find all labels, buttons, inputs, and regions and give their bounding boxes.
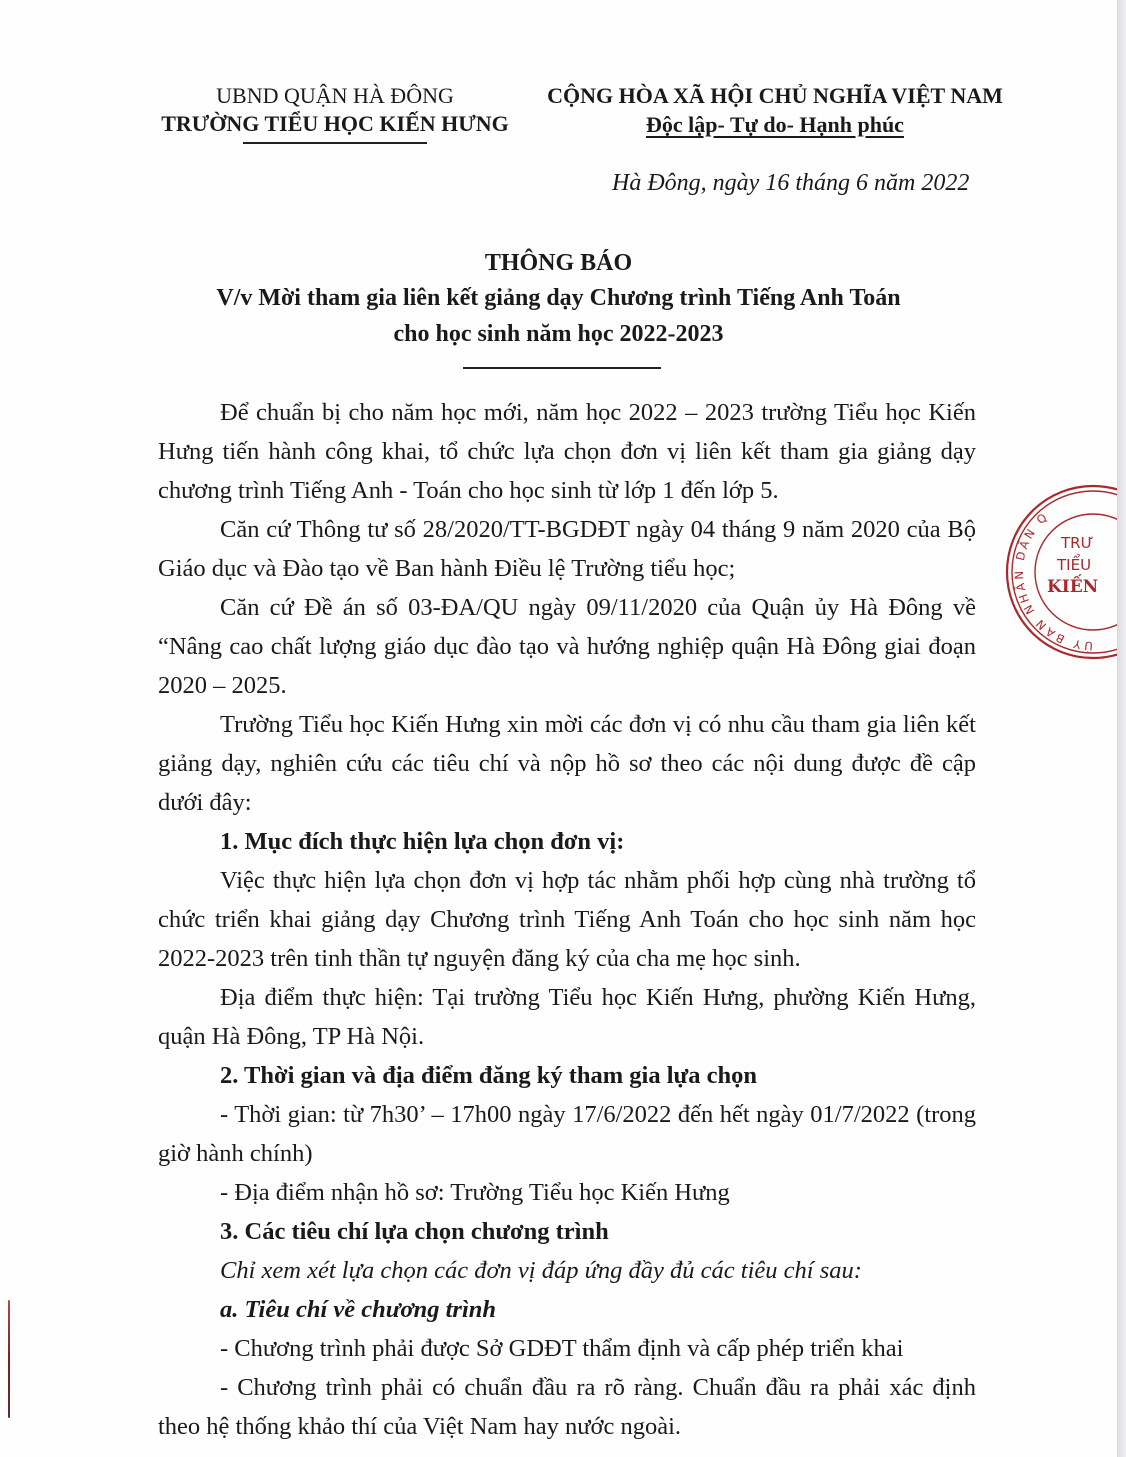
section-3a-heading: a. Tiêu chí về chương trình [158,1290,976,1329]
section-1-location: Địa điểm thực hiện: Tại trường Tiểu học … [158,978,976,1056]
school-name-underline [243,142,427,144]
section-2-place: - Địa điểm nhận hồ sơ: Trường Tiểu học K… [158,1173,976,1212]
document-body: Để chuẩn bị cho năm học mới, năm học 202… [158,393,976,1446]
school-name: TRƯỜNG TIỂU HỌC KIẾN HƯNG [160,110,510,138]
document-date: Hà Đông, ngày 16 tháng 6 năm 2022 [612,170,969,197]
document-subject-line2: cho học sinh năm học 2022-2023 [0,321,1117,348]
stamp-inner-line-1: TRƯ [1060,534,1093,552]
document-subject-line1: V/v Mời tham gia liên kết giảng dạy Chươ… [0,285,1117,312]
section-3a-criterion-1: - Chương trình phải được Sở GDĐT thẩm đị… [158,1329,976,1368]
document-page: UBND QUẬN HÀ ĐÔNG TRƯỜNG TIỂU HỌC KIẾN H… [0,0,1117,1457]
national-motto-block: CỘNG HÒA XÃ HỘI CHỦ NGHĨA VIỆT NAM Độc l… [540,82,1010,140]
paragraph-invitation: Trường Tiểu học Kiến Hưng xin mời các đơ… [158,705,976,822]
stamp-inner-line-2: TIỂU [1056,553,1091,574]
paragraph-legal-basis-1: Căn cứ Thông tư số 28/2020/TT-BGDĐT ngày… [158,510,976,588]
section-3-note: Chỉ xem xét lựa chọn các đơn vị đáp ứng … [158,1251,976,1290]
paragraph-legal-basis-2: Căn cứ Đề án số 03-ĐA/QU ngày 09/11/2020… [158,588,976,705]
section-3-heading: 3. Các tiêu chí lựa chọn chương trình [158,1212,976,1251]
binding-mark [8,1300,10,1418]
section-2-heading: 2. Thời gian và địa điểm đăng ký tham gi… [158,1056,976,1095]
official-seal-stamp: ỦY BAN NHÂN DÂN Q TRƯ TIỂU KIẾN [1003,482,1117,662]
section-1-purpose: Việc thực hiện lựa chọn đơn vị hợp tác n… [158,861,976,978]
stamp-inner-line-3: KIẾN [1047,574,1098,597]
national-motto: Độc lập- Tự do- Hạnh phúc [540,110,1010,140]
paragraph-intro: Để chuẩn bị cho năm học mới, năm học 202… [158,393,976,510]
page-edge [1117,0,1126,1457]
section-1-heading: 1. Mục đích thực hiện lựa chọn đơn vị: [158,822,976,861]
country-name: CỘNG HÒA XÃ HỘI CHỦ NGHĨA VIỆT NAM [540,82,1010,110]
document-title: THÔNG BÁO [0,250,1117,277]
section-3a-criterion-2: - Chương trình phải có chuẩn đầu ra rõ r… [158,1368,976,1446]
subject-underline [463,367,661,369]
section-2-time: - Thời gian: từ 7h30’ – 17h00 ngày 17/6/… [158,1095,976,1173]
issuing-agency-block: UBND QUẬN HÀ ĐÔNG TRƯỜNG TIỂU HỌC KIẾN H… [160,82,510,138]
agency-name: UBND QUẬN HÀ ĐÔNG [160,82,510,110]
